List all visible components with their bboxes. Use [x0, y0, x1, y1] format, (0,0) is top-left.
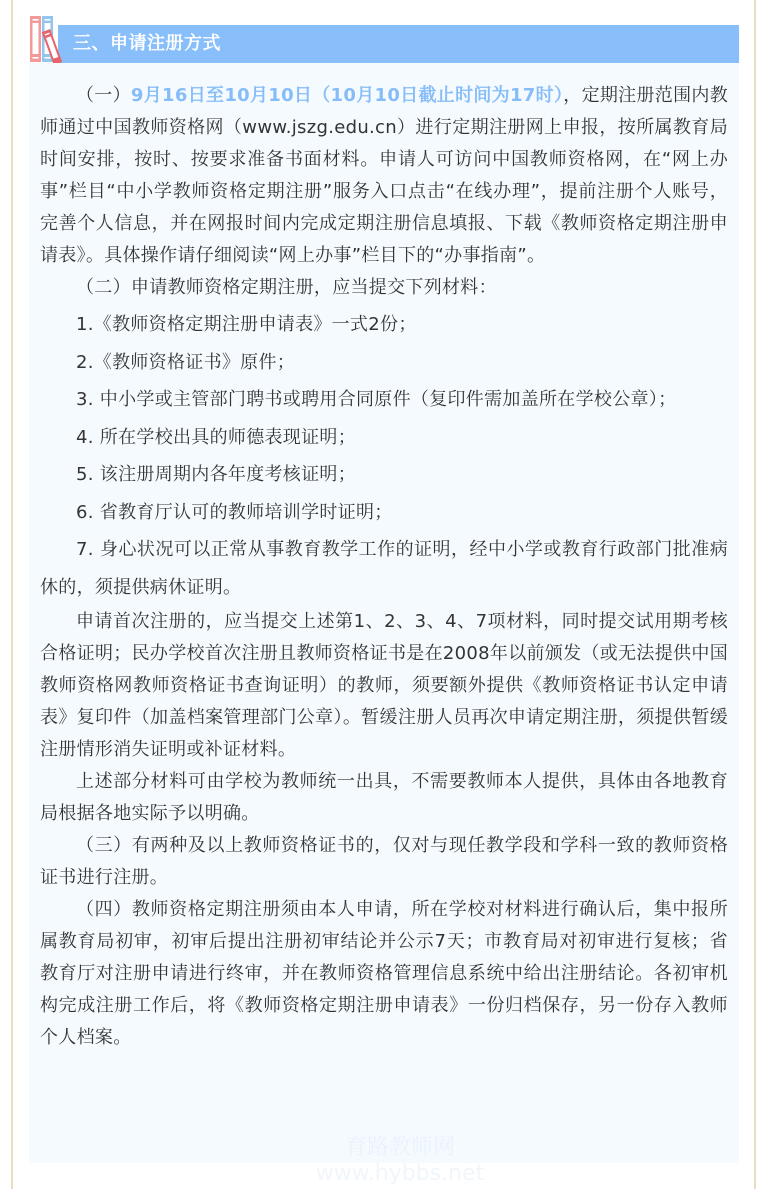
paragraph-text: ，定期注册范围内教师通过中国教师资格网（www.jszg.edu.cn）进行定期…	[40, 85, 728, 266]
page-border-right	[754, 0, 756, 1189]
deadline-highlight: 9月16日至10月10日（10月10日截止时间为17时）	[131, 85, 563, 106]
paragraph-prefix: （一）	[76, 85, 131, 106]
material-item-6: 6. 省教育厅认可的教师培训学时证明；	[40, 494, 728, 532]
material-item-4: 4. 所在学校出具的师德表现证明；	[40, 419, 728, 457]
article-body: （一）9月16日至10月10日（10月10日截止时间为17时），定期注册范围内教…	[40, 80, 728, 1054]
material-item-5: 5. 该注册周期内各年度考核证明；	[40, 456, 728, 494]
watermark-url: www.hybbs.net	[290, 1161, 510, 1187]
paragraph-review-process: （四）教师资格定期注册须由本人申请，所在学校对材料进行确认后，集中报所属教育局初…	[40, 894, 728, 1054]
paragraph-registration-period: （一）9月16日至10月10日（10月10日截止时间为17时），定期注册范围内教…	[40, 80, 728, 272]
paragraph-first-registration: 申请首次注册的，应当提交上述第1、2、3、4、7项材料，同时提交试用期考核合格证…	[40, 606, 728, 766]
material-item-2: 2.《教师资格证书》原件；	[40, 344, 728, 382]
section-title: 三、申请注册方式	[73, 25, 221, 63]
paragraph-school-issued: 上述部分材料可由学校为教师统一出具，不需要教师本人提供，具体由各地教育局根据各地…	[40, 766, 728, 830]
page-border-left	[11, 0, 13, 1189]
books-icon	[29, 14, 69, 64]
material-item-7: 7. 身心状况可以正常从事教育教学工作的证明，经中小学或教育行政部门批准病休的，…	[40, 531, 728, 606]
paragraph-multiple-certificates: （三）有两种及以上教师资格证书的，仅对与现任教学段和学科一致的教师资格证书进行注…	[40, 830, 728, 894]
material-item-1: 1.《教师资格定期注册申请表》一式2份；	[40, 306, 728, 344]
paragraph-materials-intro: （二）申请教师资格定期注册，应当提交下列材料：	[40, 272, 728, 304]
material-item-3: 3. 中小学或主管部门聘书或聘用合同原件（复印件需加盖所在学校公章）；	[40, 381, 728, 419]
